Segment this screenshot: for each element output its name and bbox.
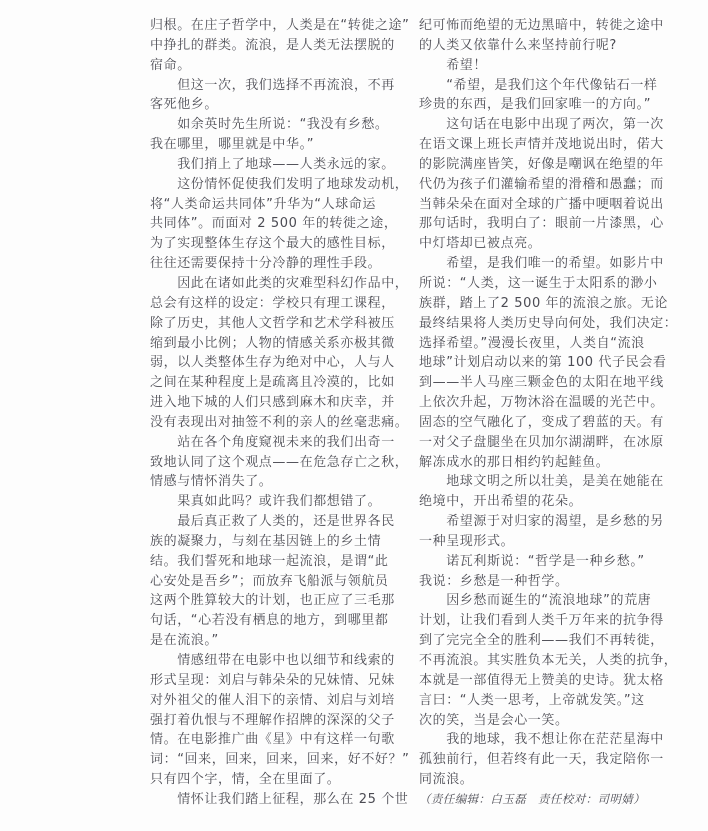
text-line: 族群，踏上了2 500 年的流浪之旅。无论 [419, 294, 655, 314]
text-line: 如余英时先生所说：“我没有乡愁。 [150, 115, 410, 135]
text-line: 将“人类命运共同体”升华为“人球命运 [150, 195, 410, 215]
text-line: 这份情怀促使我们发明了地球发动机， [150, 175, 410, 195]
text-line: 中灯塔却已被点亮。 [419, 234, 655, 254]
text-line: 对外祖父的催人泪下的亲情、刘启与刘培 [150, 691, 410, 711]
text-line: 计划，让我们看到人类千万年来的抗争得 [419, 611, 655, 631]
text-line: 往往还需要保持十分冷静的理性手段。 [150, 254, 410, 274]
text-line: “希望，是我们这个年代像钻石一样 [419, 76, 655, 96]
text-line: 情感纽带在电影中也以细节和线索的 [150, 651, 410, 671]
text-line: 站在各个角度窥视未来的我们出奇一 [150, 433, 410, 453]
text-line: 之间在某种程度上是疏离且冷漠的，比如 [150, 373, 410, 393]
text-line: 是在流浪。” [150, 631, 410, 651]
text-line: 只有四个字，情，全在里面了。 [150, 770, 410, 790]
text-line: 进入地下城的人们只感到麻木和庆幸，并 [150, 393, 410, 413]
text-line: 一种呈现形式。 [419, 532, 655, 552]
text-line: 希望！ [419, 56, 655, 76]
text-line: 我们捎上了地球——人类永远的家。 [150, 155, 410, 175]
text-line: 上依次升起，万物沐浴在温暖的光芒中。 [419, 393, 655, 413]
text-line: 固态的空气融化了，变成了碧蓝的天。有 [419, 413, 655, 433]
text-line: 归根。在庄子哲学中，人类是在“转徙之途” [150, 16, 410, 36]
text-line: 希望，是我们唯一的希望。如影片中 [419, 254, 655, 274]
text-line: 到了完完全全的胜利——我们不再转徙， [419, 631, 655, 651]
document-page: 归根。在庄子哲学中，人类是在“转徙之途”中挣扎的群类。流浪，是人类无法摆脱的宿命… [0, 0, 708, 831]
text-line: 族的凝聚力，与刻在基因链上的乡土情 [150, 532, 410, 552]
text-line: 形式呈现：刘启与韩朵朵的兄妹情、兄妹 [150, 671, 410, 691]
text-line: 因乡愁而诞生的“流浪地球”的荒唐 [419, 591, 655, 611]
text-line: 心安处是吾乡”；而放弃飞船派与领航员 [150, 572, 410, 592]
text-line: 果真如此吗？或许我们都想错了。 [150, 492, 410, 512]
text-line: 本就是一部值得无上赞美的史诗。犹太格 [419, 671, 655, 691]
text-line: 句话，“心若没有栖息的地方，到哪里都 [150, 611, 410, 631]
text-line: 情怀让我们踏上征程，那么在 25 个世 [150, 790, 410, 810]
text-line: 结。我们誓死和地球一起流浪，是谓“此 [150, 552, 410, 572]
text-line: 这句话在电影中出现了两次，第一次 [419, 115, 655, 135]
text-line: 客死他乡。 [150, 95, 410, 115]
text-line: 因此在诸如此类的灾难型科幻作品中， [150, 274, 410, 294]
text-line: 绝境中，开出希望的花朵。 [419, 492, 655, 512]
text-line: 所说：“人类，这一诞生于太阳系的渺小 [419, 274, 655, 294]
text-line: 当韩朵朵在面对全球的广播中哽咽着说出 [419, 195, 655, 215]
text-line: 希望源于对归家的渴望，是乡愁的另 [419, 512, 655, 532]
text-line: 同流浪。 [419, 770, 655, 790]
text-line: 缩到最小比例；人物的情感关系亦极其微 [150, 334, 410, 354]
text-line: 在语文课上班长声情并茂地说出时，偌大 [419, 135, 655, 155]
text-line: 一对父子盘腿坐在贝加尔湖湖畔，在冰原 [419, 433, 655, 453]
text-line: 次的笑，当是会心一笑。 [419, 711, 655, 731]
text-line: 代仍为孩子们灌输希望的滑稽和愚蠢；而 [419, 175, 655, 195]
text-line: 这两个胜算较大的计划，也正应了三毛那 [150, 591, 410, 611]
text-line: 中挣扎的群类。流浪，是人类无法摆脱的 [150, 36, 410, 56]
text-line: 珍贵的东西，是我们回家唯一的方向。” [419, 95, 655, 115]
text-line: 但这一次，我们选择不再流浪，不再 [150, 76, 410, 96]
text-line: 我说：乡愁是一种哲学。 [419, 572, 655, 592]
text-line: 除了历史，其他人文哲学和艺术学科被压 [150, 314, 410, 334]
text-line: 强打着仇恨与不理解作招牌的深深的父子 [150, 711, 410, 731]
text-line: 弱，以人类整体生存为绝对中心，人与人 [150, 353, 410, 373]
text-line: 那句话时，我明白了：眼前一片漆黑，心 [419, 214, 655, 234]
right-text-column: 纪可怖而绝望的无边黑暗中，转徙之途中的人类又依靠什么来坚持前行呢? 希望！ “希… [419, 16, 655, 810]
editor-credits: （责任编辑：白玉磊 责任校对：司明婧） [419, 790, 655, 810]
text-line: 诺瓦利斯说：“哲学是一种乡愁。” [419, 552, 655, 572]
text-line: 纪可怖而绝望的无边黑暗中，转徙之途中 [419, 16, 655, 36]
text-line: 宿命。 [150, 56, 410, 76]
text-line: 的人类又依靠什么来坚持前行呢? [419, 36, 655, 56]
text-line: 我的地球，我不想让你在茫茫星海中 [419, 730, 655, 750]
text-line: 为了实现整体生存这个最大的感性目标， [150, 234, 410, 254]
text-line: 最后真正救了人类的，还是世界各民 [150, 512, 410, 532]
text-line: 最终结果将人类历史导向何处，我们决定： [419, 314, 655, 334]
text-line: 致地认同了这个观点——在危急存亡之秋， [150, 453, 410, 473]
text-line: 没有表现出对抽签不利的亲人的丝毫悲痛。 [150, 413, 410, 433]
text-line: 解冻成水的那日相约钓起鲑鱼。 [419, 453, 655, 473]
text-line: 我在哪里，哪里就是中华。” [150, 135, 410, 155]
text-line: 情感与情怀消失了。 [150, 472, 410, 492]
text-line: 言曰：“人类一思考，上帝就发笑。”这 [419, 691, 655, 711]
text-line: 到——半人马座三颗金色的太阳在地平线 [419, 373, 655, 393]
text-line: 地球”计划启动以来的第 100 代子民会看 [419, 353, 655, 373]
text-line: 总会有这样的设定：学校只有理工课程， [150, 294, 410, 314]
text-line: 地球文明之所以壮美，是美在她能在 [419, 472, 655, 492]
text-line: 词：“回来，回来，回来，回来，好不好？” [150, 750, 410, 770]
text-line: 共同体”。而面对 2 500 年的转徙之途， [150, 214, 410, 234]
left-text-column: 归根。在庄子哲学中，人类是在“转徙之途”中挣扎的群类。流浪，是人类无法摆脱的宿命… [150, 16, 410, 810]
text-line: 情。在电影推广曲《星》中有这样一句歌 [150, 730, 410, 750]
text-line: 不再流浪。其实胜负本无关，人类的抗争， [419, 651, 655, 671]
text-line: 孤独前行，但若终有此一天，我定陪你一 [419, 750, 655, 770]
text-line: 的影院满座皆笑，好像是嘲讽在绝望的年 [419, 155, 655, 175]
text-line: 选择希望。”漫漫长夜里，人类自“流浪 [419, 334, 655, 354]
right-column-lines: 纪可怖而绝望的无边黑暗中，转徙之途中的人类又依靠什么来坚持前行呢? 希望！ “希… [419, 16, 655, 790]
